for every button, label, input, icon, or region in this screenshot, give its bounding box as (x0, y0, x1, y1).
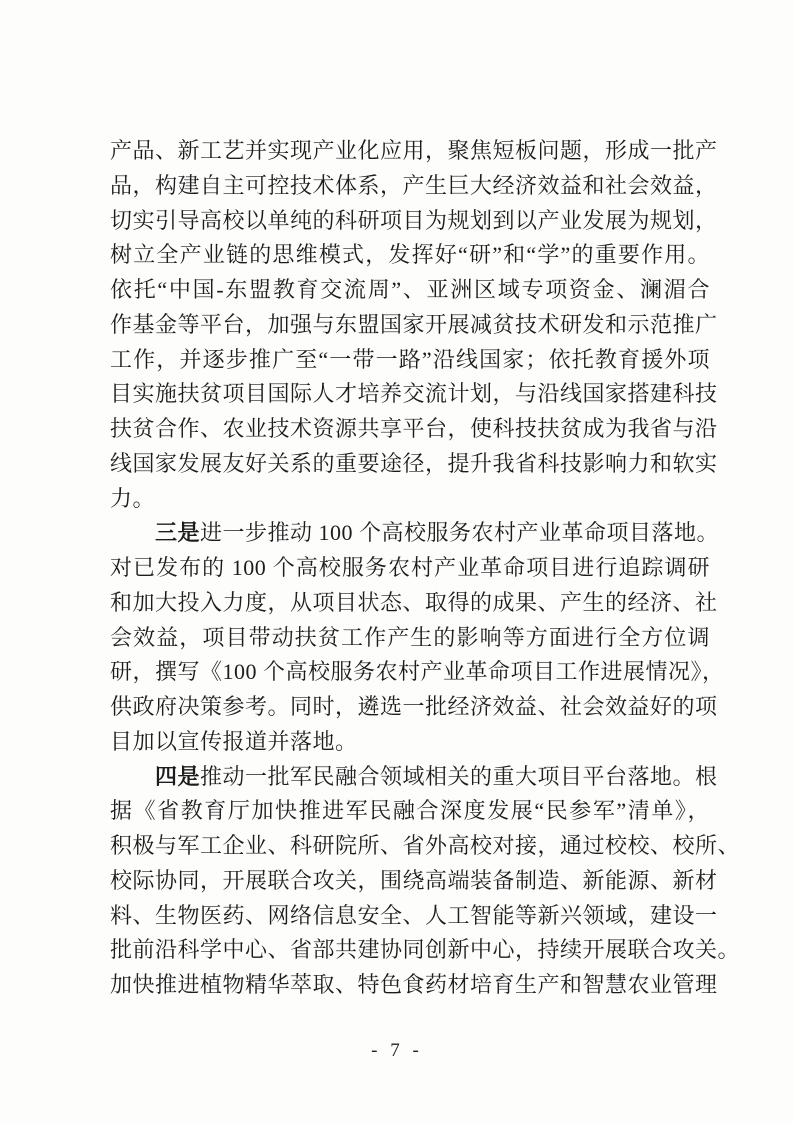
line-text: 供政府决策参考。同时，遴选一批经济效益、社会效益好的项 (110, 694, 718, 719)
line-text: 批前沿科学中心、省部共建协同创新中心，持续开展联合攻关。 (110, 937, 740, 962)
text-line: 积极与军工企业、科研院所、省外高校对接，通过校校、校所、 (110, 829, 710, 864)
paragraph-lead: 三是 (155, 520, 200, 545)
text-line: 作基金等平台，加强与东盟国家开展减贫技术研发和示范推广 (110, 308, 710, 343)
line-text: 目实施扶贫项目国际人才培养交流计划，与沿线国家搭建科技 (110, 381, 718, 406)
text-line: 工作，并逐步推广至“一带一路”沿线国家；依托教育援外项 (110, 343, 710, 378)
text-line: 料、生物医药、网络信息安全、人工智能等新兴领域，建设一 (110, 899, 710, 934)
line-text: 力。 (110, 486, 155, 511)
text-line: 据《省教育厅加快推进军民融合深度发展“民参军”清单》， (110, 794, 710, 829)
line-text: 产品、新工艺并实现产业化应用，聚焦短板问题，形成一批产 (110, 138, 718, 163)
line-text: 作基金等平台，加强与东盟国家开展减贫技术研发和示范推广 (110, 312, 718, 337)
text-line: 扶贫合作、农业技术资源共享平台，使科技扶贫成为我省与沿 (110, 412, 710, 447)
text-line: 品，构建自主可控技术体系，产生巨大经济效益和社会效益， (110, 169, 710, 204)
line-text: 进一步推动 100 个高校服务农村产业革命项目落地。 (200, 520, 719, 545)
line-text: 线国家发展友好关系的重要途径，提升我省科技影响力和软实 (110, 451, 718, 476)
text-line: 切实引导高校以单纯的科研项目为规划到以产业发展为规划， (110, 204, 710, 239)
text-line: 目实施扶贫项目国际人才培养交流计划，与沿线国家搭建科技 (110, 377, 710, 412)
text-line: 依托“中国-东盟教育交流周”、亚洲区域专项资金、澜湄合 (110, 273, 710, 308)
text-line: 四是推动一批军民融合领域相关的重大项目平台落地。根 (110, 760, 710, 795)
document-page: 产品、新工艺并实现产业化应用，聚焦短板问题，形成一批产品，构建自主可控技术体系，… (0, 0, 794, 1124)
line-text: 料、生物医药、网络信息安全、人工智能等新兴领域，建设一 (110, 903, 718, 928)
page-number: - 7 - (0, 1040, 794, 1062)
text-line: 力。 (110, 482, 710, 517)
line-text: 和加大投入力度，从项目状态、取得的成果、产生的经济、社 (110, 590, 718, 615)
text-line: 和加大投入力度，从项目状态、取得的成果、产生的经济、社 (110, 586, 710, 621)
text-line: 供政府决策参考。同时，遴选一批经济效益、社会效益好的项 (110, 690, 710, 725)
paragraph-lead: 四是 (155, 764, 200, 789)
line-text: 据《省教育厅加快推进军民融合深度发展“民参军”清单》， (110, 798, 710, 823)
line-text: 积极与军工企业、科研院所、省外高校对接，通过校校、校所、 (110, 833, 740, 858)
text-line: 线国家发展友好关系的重要途径，提升我省科技影响力和软实 (110, 447, 710, 482)
line-text: 校际协同，开展联合攻关，围绕高端装备制造、新能源、新材 (110, 868, 718, 893)
text-line: 树立全产业链的思维模式，发挥好“研”和“学”的重要作用。 (110, 238, 710, 273)
line-text: 对已发布的 100 个高校服务农村产业革命项目进行追踪调研 (110, 555, 710, 580)
line-text: 品，构建自主可控技术体系，产生巨大经济效益和社会效益， (110, 173, 718, 198)
text-line: 对已发布的 100 个高校服务农村产业革命项目进行追踪调研 (110, 551, 710, 586)
line-text: 推动一批军民融合领域相关的重大项目平台落地。根 (200, 764, 718, 789)
line-text: 切实引导高校以单纯的科研项目为规划到以产业发展为规划， (110, 208, 718, 233)
line-text: 会效益，项目带动扶贫工作产生的影响等方面进行全方位调 (110, 625, 710, 650)
text-line: 批前沿科学中心、省部共建协同创新中心，持续开展联合攻关。 (110, 933, 710, 968)
text-line: 研，撰写《100 个高校服务农村产业革命项目工作进展情况》， (110, 655, 710, 690)
text-line: 产品、新工艺并实现产业化应用，聚焦短板问题，形成一批产 (110, 134, 710, 169)
line-text: 扶贫合作、农业技术资源共享平台，使科技扶贫成为我省与沿 (110, 416, 718, 441)
text-line: 校际协同，开展联合攻关，围绕高端装备制造、新能源、新材 (110, 864, 710, 899)
line-text: 加快推进植物精华萃取、特色食药材培育生产和智慧农业管理 (110, 972, 718, 997)
line-text: 研，撰写《100 个高校服务农村产业革命项目工作进展情况》， (110, 659, 725, 684)
text-line: 加快推进植物精华萃取、特色食药材培育生产和智慧农业管理 (110, 968, 710, 1003)
line-text: 树立全产业链的思维模式，发挥好“研”和“学”的重要作用。 (110, 242, 710, 267)
line-text: 工作，并逐步推广至“一带一路”沿线国家；依托教育援外项 (110, 347, 710, 372)
line-text: 目加以宣传报道并落地。 (110, 729, 358, 754)
body-text: 产品、新工艺并实现产业化应用，聚焦短板问题，形成一批产品，构建自主可控技术体系，… (110, 134, 710, 1003)
text-line: 三是进一步推动 100 个高校服务农村产业革命项目落地。 (110, 516, 710, 551)
line-text: 依托“中国-东盟教育交流周”、亚洲区域专项资金、澜湄合 (110, 277, 710, 302)
text-line: 会效益，项目带动扶贫工作产生的影响等方面进行全方位调 (110, 621, 710, 656)
text-line: 目加以宣传报道并落地。 (110, 725, 710, 760)
